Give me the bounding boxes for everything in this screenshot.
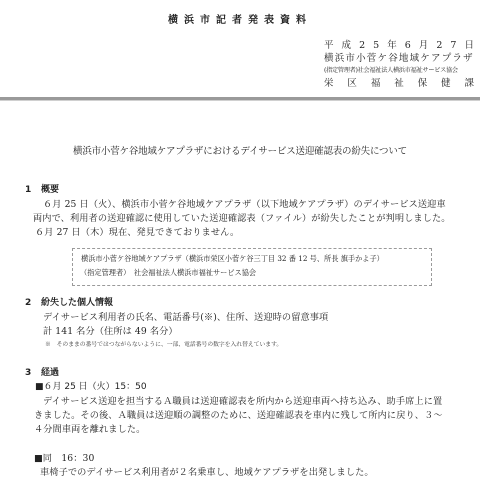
document-title: 横浜市小菅ケ谷地域ケアプラザにおけるデイサービス送迎確認表の紛失について (0, 143, 480, 157)
header-divider (0, 97, 480, 101)
timeline-entry-1-line-1: デイサービス送迎を担当するＡ職員は送迎確認表を所内から送迎車両へ持ち込み、助手席… (43, 393, 442, 407)
section-2-note: ※ そのままの番号ではつながらないように、一部、電話番号の数字を入れ替えています… (45, 339, 282, 348)
issuer-block: 平 成 2 5 年 6 月 2 7 日 横浜市小菅ケ谷地域ケアプラザ (指定管理… (324, 40, 474, 90)
timeline-entry-2-line-1: 車椅子でのデイサービス利用者が２名乗車し、地域ケアプラザを出発しました。 (40, 464, 374, 478)
section-2-heading: 2紛失した個人情報 (25, 295, 113, 308)
section-3-heading: 3経過 (25, 365, 59, 378)
section-1-line-3: ６月 27 日（木）現在、発見できておりません。 (35, 224, 239, 238)
release-date: 平 成 2 5 年 6 月 2 7 日 (324, 40, 474, 53)
section-2-line-1: デイサービス利用者の氏名、電話番号(※)、住所、送迎時の留意事項 (43, 309, 328, 323)
timeline-entry-1-label: ■６月 25 日（火）15：50 (35, 379, 147, 392)
issuer-department: 栄 区 福 祉 保 健 課 (324, 78, 474, 91)
section-1-line-2: 両内で、利用者の送迎確認に使用していた送迎確認表（ファイル）が紛失したことが判明… (33, 210, 451, 224)
section-2-line-2: 計 141 名分（住所は 49 名分） (43, 323, 178, 337)
timeline-entry-1-line-3: ４分間車両を離れました。 (34, 421, 145, 435)
press-release-banner: 横浜市記者発表資料 (0, 11, 480, 26)
facility-address: 横浜市小菅ケ谷地域ケアプラザ（横浜市栄区小菅ケ谷三丁目 32 番 12 号、所長… (81, 254, 384, 264)
issuer-org: 横浜市小菅ケ谷地域ケアプラザ (324, 53, 474, 66)
timeline-entry-2-label: ■同 16：30 (34, 450, 94, 464)
section-1-heading: 1概要 (25, 182, 59, 195)
timeline-entry-1-line-2: きました。その後、Ａ職員は送迎順の調整のために、送迎確認表を車内に残して所内に戻… (34, 407, 443, 421)
section-1-line-1: ６月 25 日（火）、横浜市小菅ケ谷地域ケアプラザ（以下地域ケアプラザ）のデイサ… (43, 196, 446, 210)
facility-manager: （指定管理者） 社会福祉法人横浜市福祉サービス協会 (80, 268, 256, 278)
issuer-manager: (指定管理者)社会福祉法人横浜市福祉サービス協会 (324, 65, 474, 78)
